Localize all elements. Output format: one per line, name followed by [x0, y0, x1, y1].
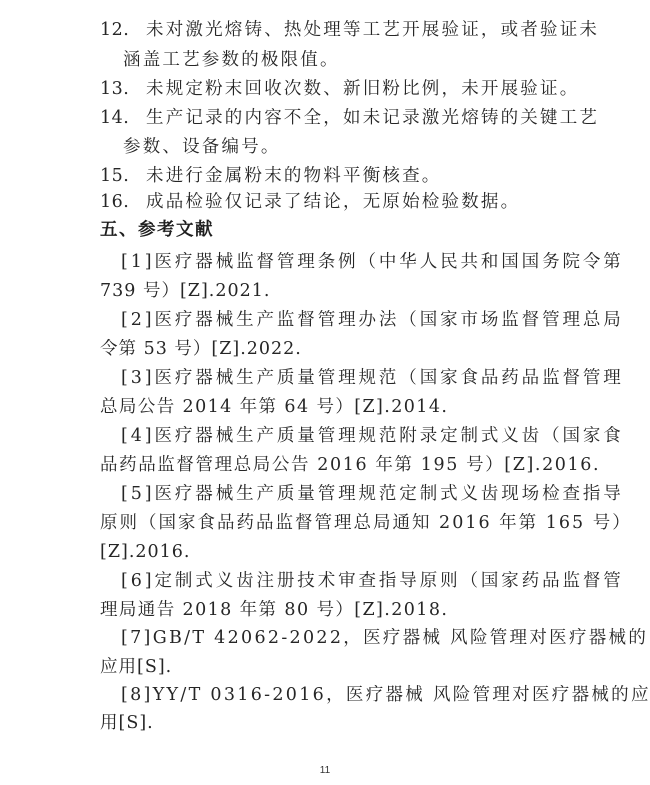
reference-text: [6]定制式义齿注册技术审查指导原则（国家药品监督管 — [121, 570, 624, 592]
reference-text-continued: 品药品监督管理总局公告 2016 年第 195 号）[Z].2016. — [100, 454, 600, 476]
reference-text-continued: 原则（国家食品药品监督管理总局通知 2016 年第 165 号） — [100, 512, 632, 534]
page-number: 11 — [0, 765, 650, 776]
reference-text-continued: 用[S]. — [100, 712, 154, 734]
finding-number: 12. — [100, 19, 129, 41]
finding-number: 13. — [100, 78, 129, 100]
finding-text-continued: 参数、设备编号。 — [123, 136, 281, 158]
reference-text-continued: 总局公告 2014 年第 64 号）[Z].2014. — [100, 396, 448, 418]
reference-text-continued: [Z].2016. — [100, 541, 190, 563]
reference-text-continued: 令第 53 号）[Z].2022. — [100, 338, 302, 360]
finding-text: 生产记录的内容不全，如未记录激光熔铸的关键工艺 — [146, 107, 599, 129]
finding-text-continued: 涵盖工艺参数的极限值。 — [123, 49, 340, 71]
reference-text: [5]医疗器械生产质量管理规范定制式义齿现场检查指导 — [121, 483, 624, 505]
reference-text-continued: 739 号）[Z].2021. — [100, 280, 270, 302]
reference-text: [4]医疗器械生产质量管理规范附录定制式义齿（国家食 — [121, 425, 624, 447]
finding-number: 15. — [100, 165, 129, 187]
finding-text: 未对激光熔铸、热处理等工艺开展验证，或者验证未 — [146, 19, 599, 41]
reference-text: [1]医疗器械监督管理条例（中华人民共和国国务院令第 — [121, 251, 624, 273]
reference-text-continued: 应用[S]. — [100, 656, 172, 678]
section-heading-references: 五、参考文献 — [100, 219, 214, 241]
reference-text: [7]GB/T 42062-2022，医疗器械 风险管理对医疗器械的 — [121, 627, 648, 649]
finding-number: 16. — [100, 191, 129, 213]
finding-text: 成品检验仅记录了结论，无原始检验数据。 — [146, 191, 520, 213]
reference-text: [2]医疗器械生产监督管理办法（国家市场监督管理总局 — [121, 309, 624, 331]
finding-text: 未进行金属粉末的物料平衡核查。 — [146, 165, 442, 187]
reference-text: [8]YY/T 0316-2016，医疗器械 风险管理对医疗器械的应 — [121, 684, 650, 706]
reference-text: [3]医疗器械生产质量管理规范（国家食品药品监督管理 — [121, 367, 624, 389]
finding-number: 14. — [100, 107, 129, 129]
reference-text-continued: 理局通告 2018 年第 80 号）[Z].2018. — [100, 599, 448, 621]
finding-text: 未规定粉末回收次数、新旧粉比例，未开展验证。 — [146, 78, 579, 100]
